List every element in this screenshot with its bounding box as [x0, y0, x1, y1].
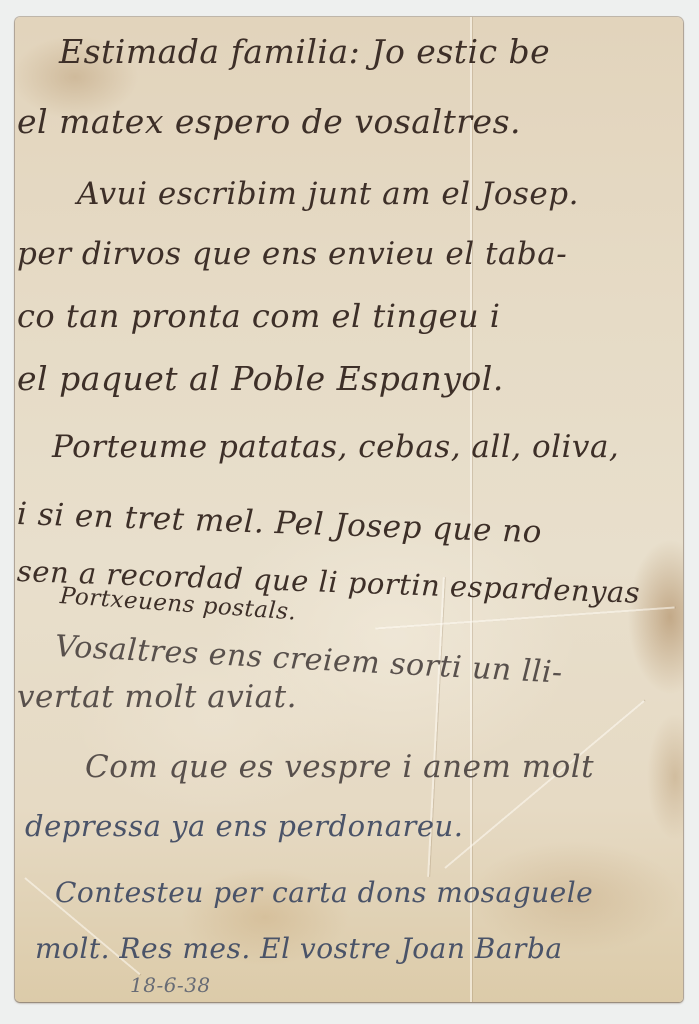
letter-line: vertat molt aviat. — [17, 682, 297, 713]
letter-greeting: Estimada familia: Jo estic be — [59, 35, 550, 68]
letter-line: Contesteu per carta dons mosaguele — [55, 879, 593, 907]
letter-line: el matex espero de vosaltres. — [17, 105, 521, 138]
letter-line: co tan pronta com el tingeu i — [17, 300, 501, 332]
letter-signature: molt. Res mes. El vostre Joan Barba — [35, 935, 563, 963]
letter-line: depressa ya ens perdonareu. — [25, 812, 463, 841]
letter-paper: Estimada familia: Jo estic be el matex e… — [15, 17, 683, 1002]
letter-date: 18-6-38 — [130, 975, 211, 995]
fold-crease — [375, 607, 674, 630]
letter-line: Com que es vespre i anem molt — [85, 752, 594, 783]
letter-line: Avui escribim junt am el Josep. — [77, 179, 579, 210]
letter-line: Porteume patatas, cebas, all, oliva, — [52, 432, 619, 463]
letter-line: el paquet al Poble Espanyol. — [17, 362, 504, 395]
letter-line: i si en tret mel. Pel Josep que no — [16, 499, 542, 548]
fold-crease — [470, 17, 472, 1002]
letter-line: per dirvos que ens envieu el taba- — [17, 239, 567, 270]
